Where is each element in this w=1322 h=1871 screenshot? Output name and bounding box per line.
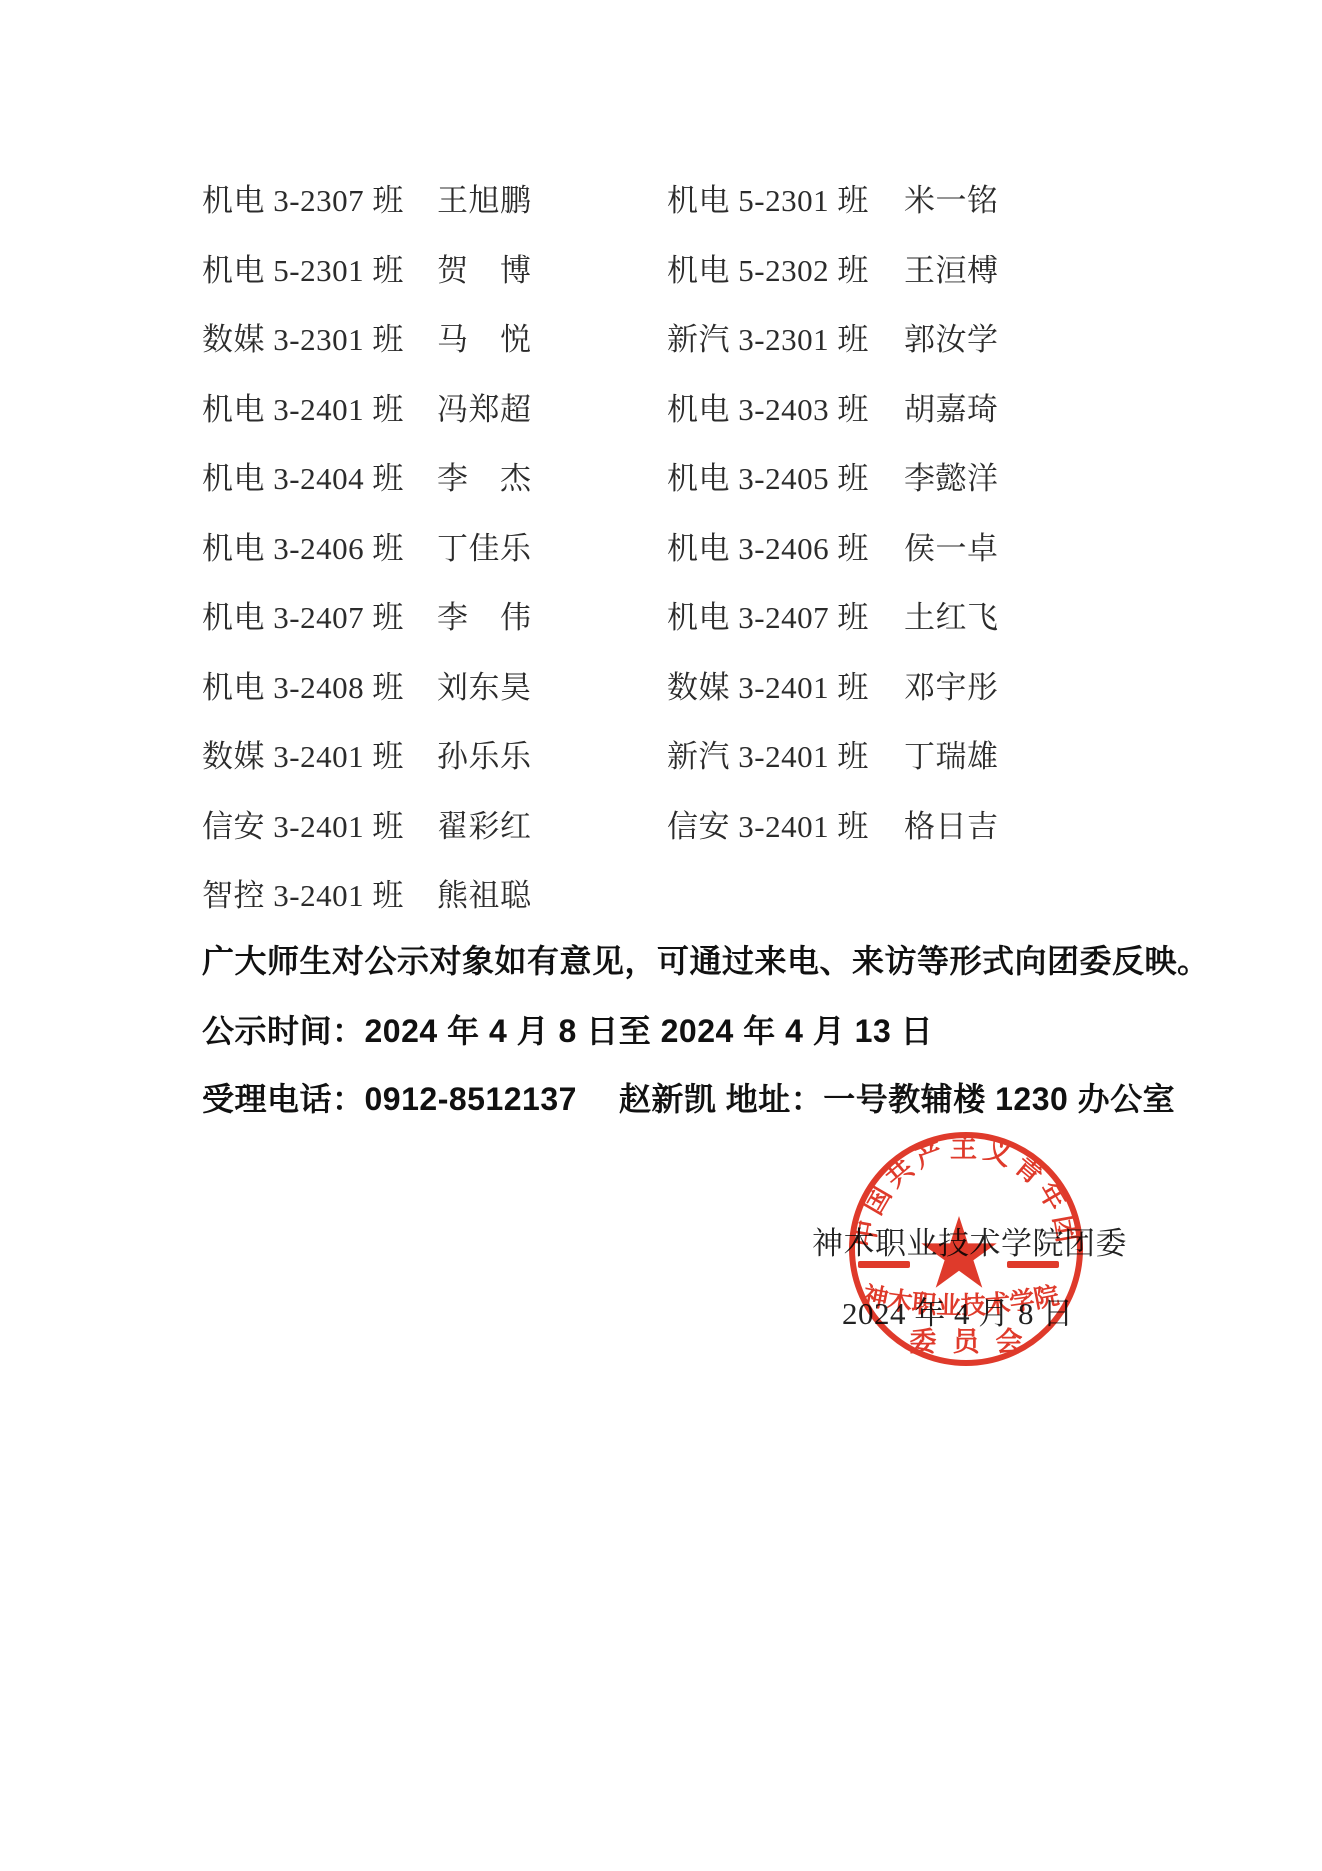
class-label: 机电 3-2401 班 [202, 384, 437, 429]
student-name: 郭汝学 [904, 314, 1202, 359]
roster-row: 机电 5-2301 班 贺 博 机电 5-2302 班 王洹榑 [202, 233, 1202, 303]
seal-right-dash [1007, 1261, 1059, 1268]
student-name: 贺 博 [437, 245, 667, 290]
roster-row: 机电 3-2407 班 李 伟 机电 3-2407 班 土红飞 [202, 580, 1202, 650]
student-name: 李 伟 [437, 592, 667, 637]
class-label: 信安 3-2401 班 [202, 801, 437, 846]
class-label: 机电 3-2407 班 [202, 592, 437, 637]
student-name: 米一铭 [904, 175, 1202, 220]
class-label: 机电 3-2307 班 [202, 175, 437, 220]
contact-info: 受理电话：0912-8512137 赵新凯 地址：一号教辅楼 1230 办公室 [202, 1074, 1175, 1120]
seal-arc-text: 中国共产主义青年团 [849, 1133, 1083, 1250]
roster-row: 机电 3-2307 班 王旭鹏 机电 5-2301 班 米一铭 [202, 163, 1202, 233]
student-name: 丁佳乐 [437, 523, 667, 568]
student-name: 马 悦 [437, 314, 667, 359]
class-label: 新汽 3-2401 班 [667, 731, 904, 776]
roster-row: 机电 3-2406 班 丁佳乐 机电 3-2406 班 侯一卓 [202, 511, 1202, 581]
student-name: 王旭鹏 [437, 175, 667, 220]
class-label: 机电 3-2405 班 [667, 453, 904, 498]
class-label: 机电 3-2408 班 [202, 662, 437, 707]
class-label: 机电 3-2404 班 [202, 453, 437, 498]
roster-row: 机电 3-2401 班 冯郑超 机电 3-2403 班 胡嘉琦 [202, 372, 1202, 442]
student-name: 翟彩红 [437, 801, 667, 846]
class-label: 数媒 3-2401 班 [202, 731, 437, 776]
document-page: 机电 3-2307 班 王旭鹏 机电 5-2301 班 米一铭 机电 5-230… [0, 0, 1322, 1871]
class-label: 机电 3-2406 班 [202, 523, 437, 568]
student-name: 土红飞 [904, 592, 1202, 637]
class-label: 机电 5-2301 班 [667, 175, 904, 220]
class-label: 机电 3-2407 班 [667, 592, 904, 637]
publicity-period: 公示时间：2024 年 4 月 8 日至 2024 年 4 月 13 日 [202, 1006, 933, 1052]
student-name: 丁瑞雄 [904, 731, 1202, 776]
student-name: 李 杰 [437, 453, 667, 498]
roster-row: 数媒 3-2301 班 马 悦 新汽 3-2301 班 郭汝学 [202, 302, 1202, 372]
class-label: 机电 3-2403 班 [667, 384, 904, 429]
class-label: 信安 3-2401 班 [667, 801, 904, 846]
seal-bottom-text: 委员会 [910, 1327, 1039, 1357]
class-label: 机电 3-2406 班 [667, 523, 904, 568]
student-name: 熊祖聪 [437, 870, 667, 915]
seal-left-dash [858, 1261, 910, 1268]
class-label: 机电 5-2301 班 [202, 245, 437, 290]
class-label: 数媒 3-2401 班 [667, 662, 904, 707]
student-name: 王洹榑 [904, 245, 1202, 290]
class-label: 机电 5-2302 班 [667, 245, 904, 290]
class-label: 智控 3-2401 班 [202, 870, 437, 915]
roster: 机电 3-2307 班 王旭鹏 机电 5-2301 班 米一铭 机电 5-230… [202, 163, 1202, 928]
feedback-instructions: 广大师生对公示对象如有意见，可通过来电、来访等形式向团委反映。 [202, 936, 1210, 982]
roster-row: 机电 3-2408 班 刘东昊 数媒 3-2401 班 邓宇彤 [202, 650, 1202, 720]
official-seal: 中国共产主义青年团 神木职业技术学院 委员会 [846, 1129, 1086, 1369]
student-name: 邓宇彤 [904, 662, 1202, 707]
student-name: 刘东昊 [437, 662, 667, 707]
student-name: 李懿洋 [904, 453, 1202, 498]
seal-inner-text: 神木职业技术学院 [861, 1282, 1062, 1321]
student-name: 胡嘉琦 [904, 384, 1202, 429]
student-name: 孙乐乐 [437, 731, 667, 776]
class-label: 新汽 3-2301 班 [667, 314, 904, 359]
roster-row: 智控 3-2401 班 熊祖聪 [202, 858, 1202, 928]
roster-row: 机电 3-2404 班 李 杰 机电 3-2405 班 李懿洋 [202, 441, 1202, 511]
student-name: 侯一卓 [904, 523, 1202, 568]
student-name: 格日吉 [904, 801, 1202, 846]
student-name: 冯郑超 [437, 384, 667, 429]
class-label: 数媒 3-2301 班 [202, 314, 437, 359]
seal-star-icon [921, 1216, 996, 1288]
roster-row: 信安 3-2401 班 翟彩红 信安 3-2401 班 格日吉 [202, 789, 1202, 859]
roster-row: 数媒 3-2401 班 孙乐乐 新汽 3-2401 班 丁瑞雄 [202, 719, 1202, 789]
